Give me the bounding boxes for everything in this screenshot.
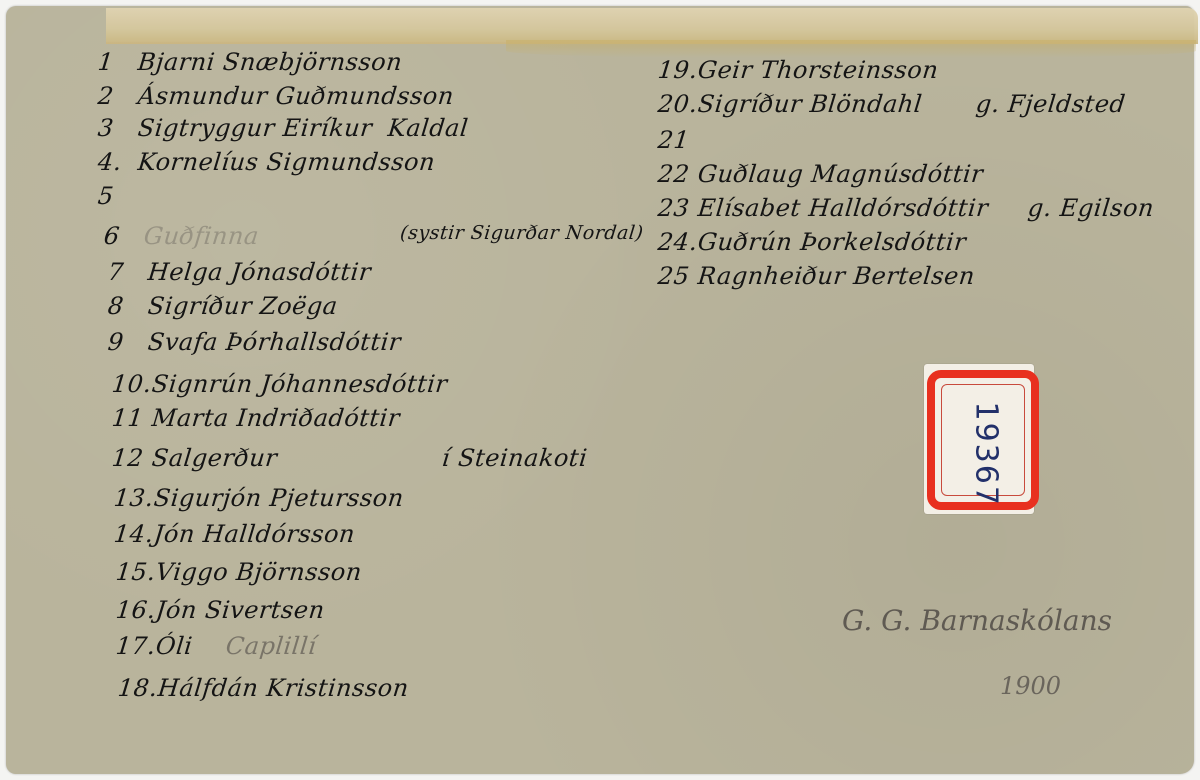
roster-entry: 21	[657, 126, 700, 154]
school-name: G. G. Barnaskólans	[842, 604, 1112, 637]
catalog-number: 19367	[969, 402, 1004, 482]
roster-entry: 5	[97, 182, 140, 210]
roster-card: 1Bjarni Snæbjörnsson 2Ásmundur Guðmundss…	[6, 6, 1194, 774]
entry-note: g. Fjeldsted	[975, 90, 1127, 118]
roster-entry: 2Ásmundur Guðmundsson	[97, 82, 456, 110]
roster-entry: 9Svafa Þórhallsdóttir	[107, 328, 403, 356]
roster-entry: 15.Viggo Björnsson	[115, 558, 364, 586]
roster-entry: 10.Signrún Jóhannesdóttir	[111, 370, 449, 398]
roster-entry: 20.Sigríður Blöndahlg. Fjeldsted	[657, 90, 924, 118]
roster-entry: 1Bjarni Snæbjörnsson	[97, 48, 404, 76]
entry-note: Caplillí	[225, 632, 318, 660]
roster-entry: 13.Sigurjón Pjetursson	[113, 484, 406, 512]
roster-entry: 11Marta Indriðadóttir	[111, 404, 402, 432]
roster-entry: 25Ragnheiður Bertelsen	[657, 262, 977, 290]
roster-entry: 16.Jón Sivertsen	[115, 596, 327, 624]
tape-strip	[106, 8, 1198, 44]
roster-entry: 23Elísabet Halldórsdóttirg. Egilson	[657, 194, 990, 222]
roster-entry: 22Guðlaug Magnúsdóttir	[657, 160, 985, 188]
roster-entry: 7Helga Jónasdóttir	[107, 258, 373, 286]
catalog-label: 19367	[924, 364, 1034, 514]
roster-entry: 3Sigtryggur EiríkurKaldal	[97, 114, 374, 142]
entry-note: Kaldal	[387, 114, 470, 142]
roster-entry: 12Salgerðurí Steinakoti	[111, 444, 279, 472]
roster-entry: 17.ÓliCaplillí	[115, 632, 194, 660]
entry-note: (systir Sigurðar Nordal)	[399, 222, 644, 244]
roster-entry: 4.Kornelíus Sigmundsson	[97, 148, 437, 176]
roster-entry: 14.Jón Halldórsson	[113, 520, 357, 548]
year: 1900	[1000, 672, 1061, 700]
roster-entry: 19.Geir Thorsteinsson	[657, 56, 940, 84]
entry-note: í Steinakoti	[441, 444, 589, 472]
roster-entry: 6Guðfinna(systir Sigurðar Nordal)	[103, 222, 261, 250]
roster-entry: 8Sigríður Zoëga	[107, 292, 340, 320]
roster-entry: 24.Guðrún Þorkelsdóttir	[657, 228, 968, 256]
roster-entry: 18.Hálfdán Kristinsson	[117, 674, 411, 702]
entry-note: g. Egilson	[1027, 194, 1156, 222]
